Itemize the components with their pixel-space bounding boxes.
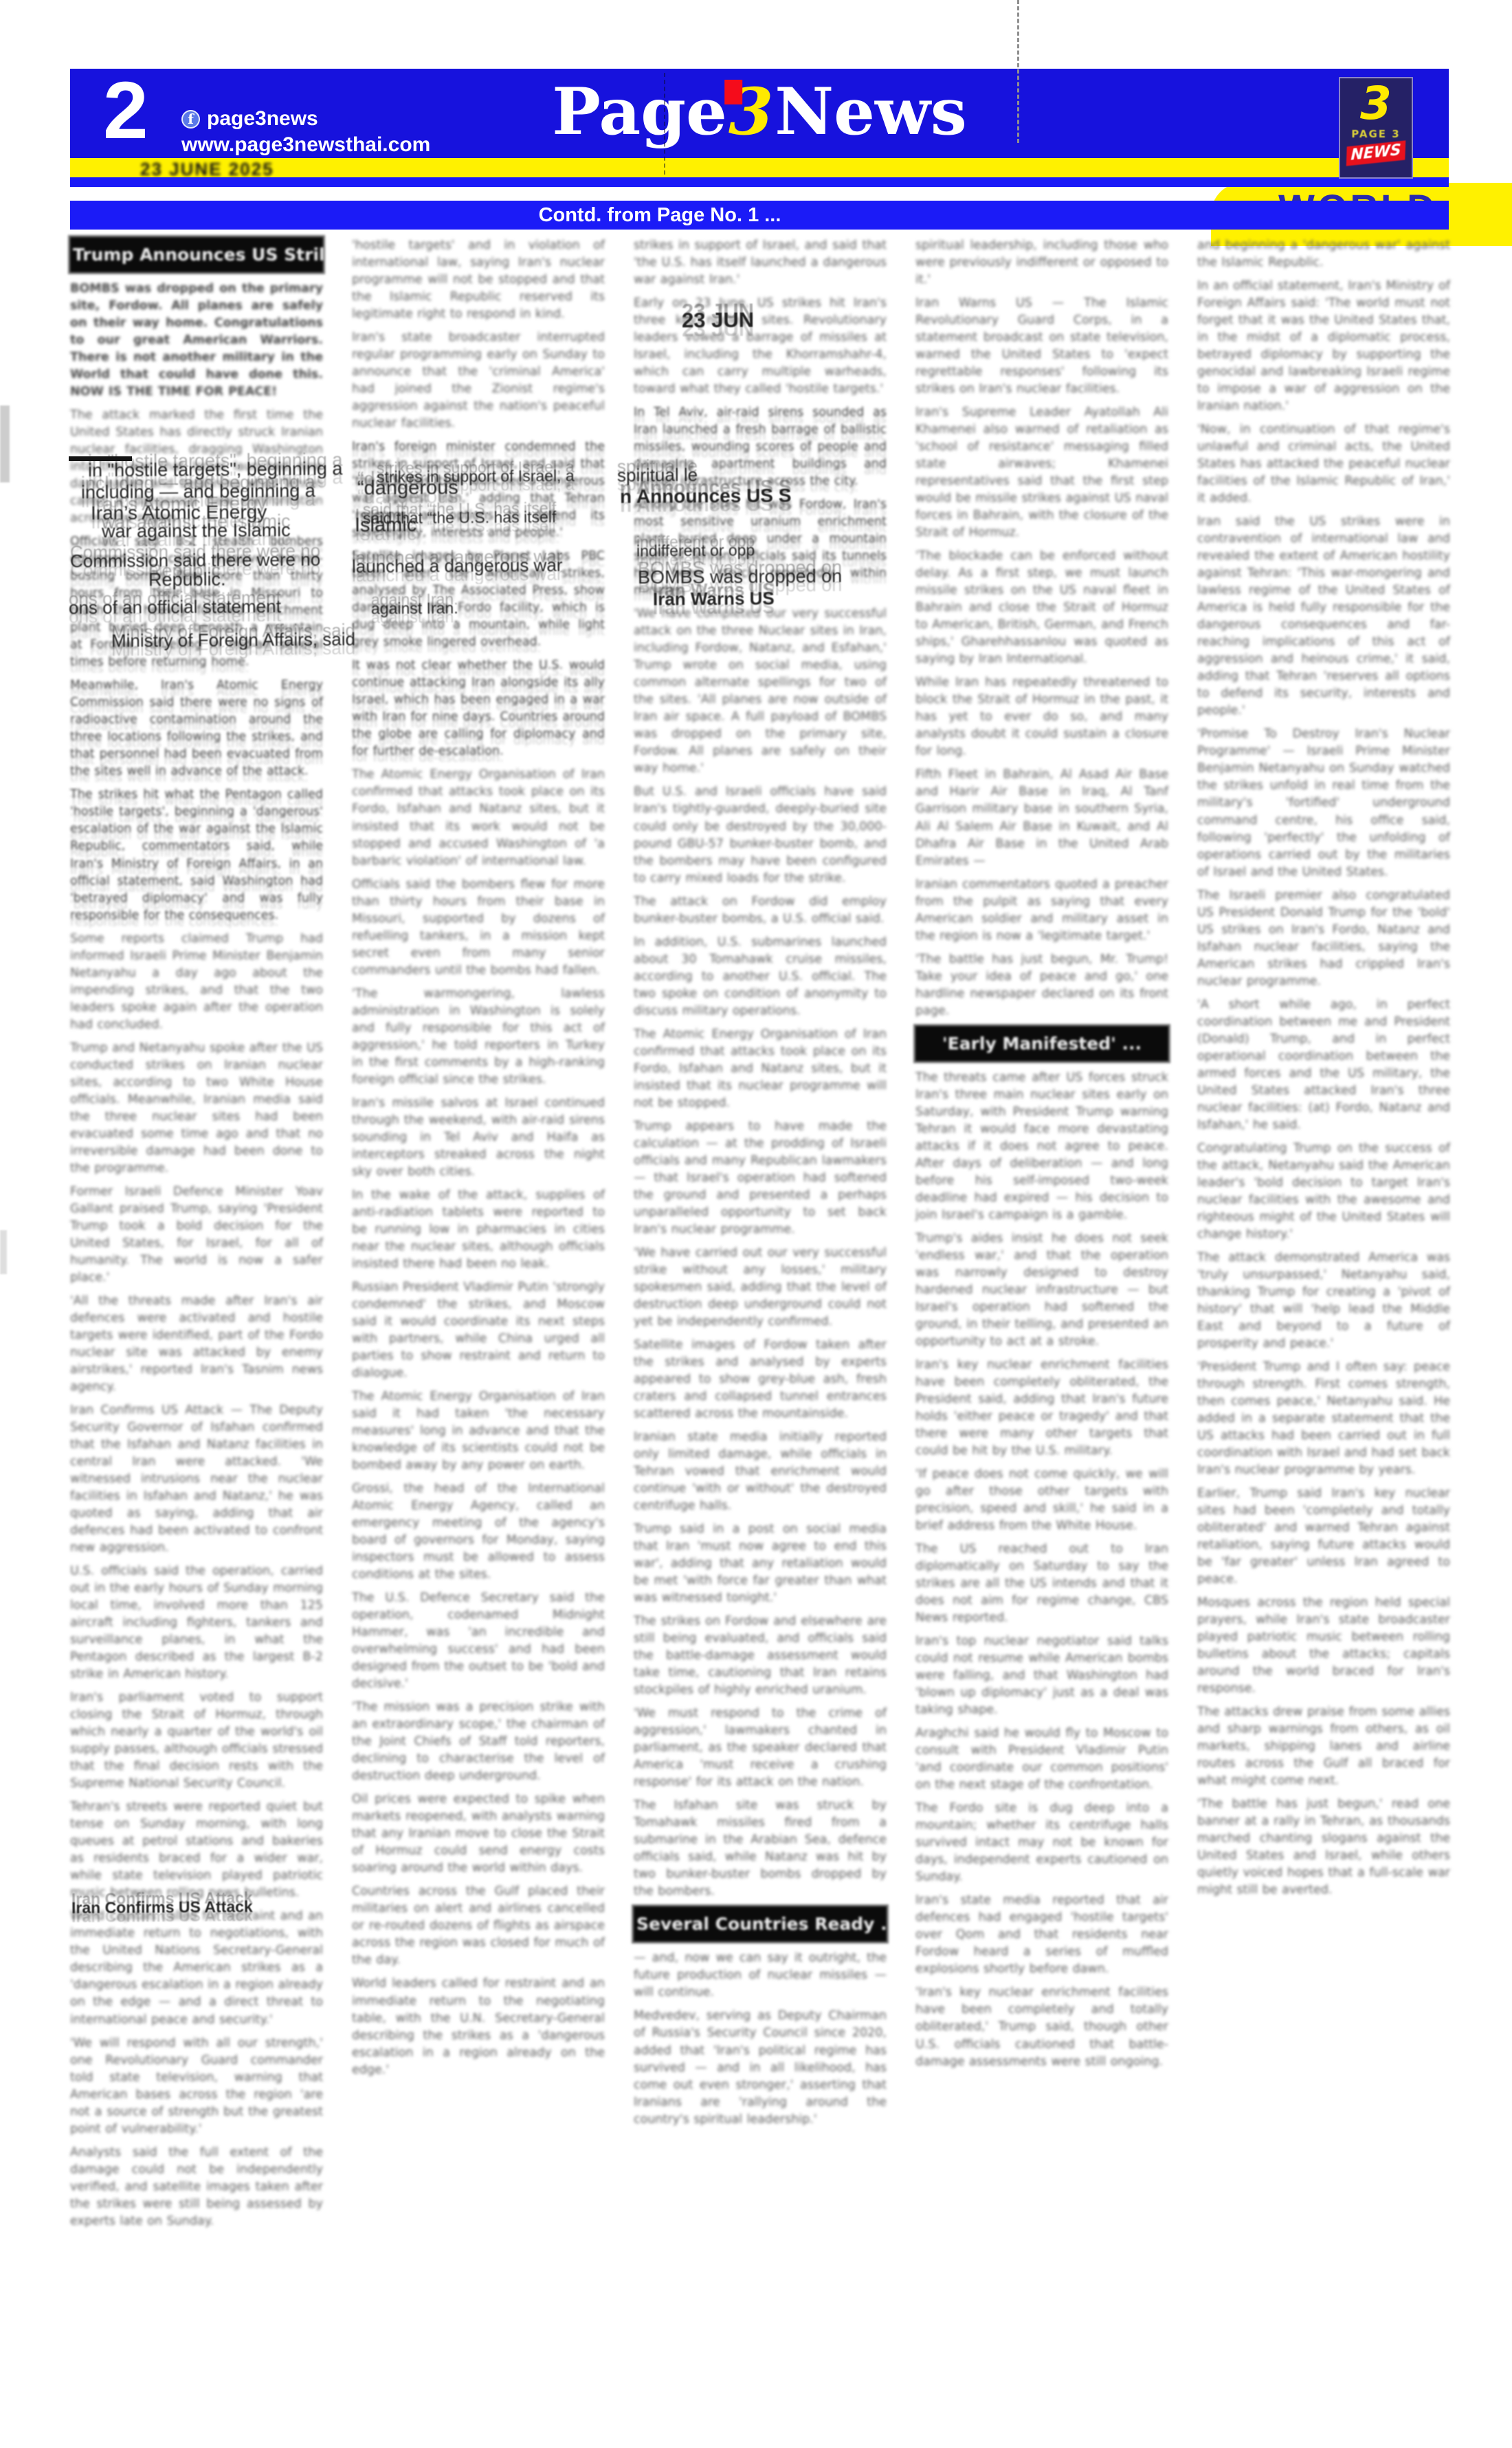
blurred-body-paragraph: The threats came after US forces struck … [915,1069,1168,1224]
blurred-body-paragraph: Trump's aides insist he does not seek 'e… [915,1230,1168,1350]
date-strip: 23 JUNE 2025 [70,158,1449,177]
blurred-body-paragraph: — and, now we can say it outright, the f… [634,1950,887,2001]
blurred-body-paragraph: The strikes hit what the Pentagon called… [70,786,323,924]
blurred-body-paragraph: Trump appears to have made the calculati… [634,1118,887,1238]
blurred-body-paragraph: 'Iran's key nuclear enrichment facilitie… [915,1984,1168,2070]
ghost-text-fragment: Ministry of Foreign Affairs, said [111,629,355,652]
website-url: www.page3newsthai.com [181,133,430,156]
blurred-body-paragraph: In addition, U.S. submarines launched ab… [634,934,887,1020]
blurred-body-paragraph: The Atomic Energy Organisation of Iran s… [352,1388,605,1474]
blurred-body-paragraph: Araghchi said he would fly to Moscow to … [915,1725,1168,1794]
blurred-body-paragraph: Countries across the Gulf placed their m… [352,1883,605,1969]
header-band: 2 f page3news www.page3newsthai.com Page… [70,69,1449,158]
body-column-4: spiritual leadership, including those wh… [915,237,1168,2077]
blurred-body-paragraph: 'The battle has just begun, Mr. Trump! T… [915,951,1168,1020]
ghost-text-fragment: launched a dangerous war [352,555,563,577]
masthead-part3: News [775,74,967,150]
blurred-body-paragraph: The Israeli premier also congratulated U… [1197,887,1450,990]
blurred-body-paragraph: Iran's state broadcaster interrupted reg… [352,329,605,432]
ghost-text-fragment: war against the Islamic [102,520,291,542]
blurred-body-paragraph: Iran said the US strikes were in contrav… [1197,513,1450,720]
blurred-body-paragraph: Oil prices were expected to spike when m… [352,1791,605,1877]
blurred-body-paragraph: 'If peace does not come quickly, we will… [915,1466,1168,1535]
column-headline-bar: Trump Announces US Strikes ... [70,237,323,272]
facebook-icon: f [181,110,200,129]
blurred-body-paragraph: Early on 23 June, US strikes hit Iran's … [634,295,887,398]
column-headline-bar: Several Countries Ready ... [634,1906,887,1941]
blurred-body-paragraph: Officials said the bombers flew for more… [352,876,605,979]
blurred-body-paragraph: 'The warmongering, lawless administratio… [352,986,605,1089]
blurred-body-paragraph: 'We will respond with all our strength,'… [70,2035,323,2138]
blurred-body-paragraph: Iranian commentators quoted a preacher f… [915,876,1168,945]
blurred-body-paragraph: Some reports claimed Trump had informed … [70,931,323,1034]
blurred-body-paragraph: Trump and Netanyahu spoke after the US c… [70,1040,323,1177]
blurred-body-paragraph: Meanwhile, Iran's Atomic Energy Commissi… [70,677,323,780]
ghost-text-fragment: Iran Confirms US Attack [71,1898,253,1917]
edge-smudge [0,1230,7,1274]
body-column-5: and beginning a 'dangerous war' against … [1197,237,1450,1905]
blurred-body-paragraph: 'We have carried out our very successful… [634,1245,887,1331]
blurred-body-paragraph: spiritual leadership, including those wh… [915,237,1168,289]
blurred-body-paragraph: 'We must respond to the crime of aggress… [634,1705,887,1791]
blurred-body-paragraph: Mosques across the region held special p… [1197,1594,1450,1698]
blurred-body-paragraph: The attack on Fordow did employ bunker-b… [634,893,887,928]
blurred-body-paragraph: World leaders called for restraint and a… [352,1975,605,2078]
blurred-body-paragraph: Iran Confirms US Attack — The Deputy Sec… [70,1402,323,1557]
blurred-body-paragraph: Grossi, the head of the International At… [352,1480,605,1583]
blurred-body-paragraph: Iran's top nuclear negotiator said talks… [915,1633,1168,1719]
blurred-body-paragraph: World capitals called for restraint and … [70,1908,323,2028]
blurred-body-paragraph: The Atomic Energy Organisation of Iran c… [634,1026,887,1112]
blurred-body-paragraph: Earlier, Trump said Iran's key nuclear s… [1197,1485,1450,1588]
divider-strip [70,177,1449,187]
blurred-body-paragraph: Iran's state media reported that air def… [915,1892,1168,1978]
masthead-red-square [724,80,742,104]
ink-dash-artifact [69,456,132,461]
facebook-handle: page3news [207,107,318,131]
edge-smudge [0,405,10,482]
ghost-text-fragment: indifferent or opp [636,541,755,560]
blurred-body-paragraph: The strikes on Fordow and elsewhere are … [634,1613,887,1699]
ghost-text-fragment: in "hostile targets", beginning a [88,458,343,482]
page-number: 2 [103,70,148,151]
masthead-part1: Page [552,74,727,150]
ghost-text-fragment: said that “the U.S. has itself [363,508,556,528]
ghost-text-fragment: including — and beginning a [81,480,315,503]
blurred-body-paragraph: Iran's Supreme Leader Ayatollah Ali Kham… [915,404,1168,542]
blurred-body-paragraph: Former Israeli Defence Minister Yoav Gal… [70,1183,323,1287]
blurred-body-paragraph: Medvedev, serving as Deputy Chairman of … [634,2007,887,2128]
masthead-number: 3 [727,74,775,150]
ghost-text-fragment: strikes in support of Israel, a [377,467,575,487]
blurred-body-paragraph: Tehran's streets were reported quiet but… [70,1799,323,1902]
blurred-body-paragraph: The Isfahan site was struck by Tomahawk … [634,1797,887,1900]
blurred-body-paragraph: 'The mission was a precision strike with… [352,1699,605,1785]
ghost-text-fragment: against Iran. [371,599,458,619]
ghost-text-fragment: Iran Warns US [653,588,775,610]
blurred-body-paragraph: 'Promise To Destroy Iran's Nuclear Progr… [1197,726,1450,880]
channel-logo-page3: PAGE 3 [1340,128,1412,140]
ghost-text-fragment: n Announces US S [620,485,792,508]
blurred-body-paragraph: 'President Trump and I often say: peace … [1197,1359,1450,1479]
blurred-body-paragraph: Iran's missile salvos at Israel continue… [352,1095,605,1181]
ghost-text-fragment: spiritual le [617,465,698,487]
blurred-body-paragraph: 'The blockade can be enforced without de… [915,548,1168,668]
blurred-body-paragraph: Satellite images of Fordow taken after t… [634,1337,887,1423]
blurred-body-paragraph: In an official statement, Iran's Ministr… [1197,278,1450,415]
fold-dash-line [1017,0,1019,143]
masthead-dash-line [664,73,665,175]
blurred-body-paragraph: 'The battle has just begun,' read one ba… [1197,1796,1450,1899]
blurred-body-paragraph: Trump said in a post on social media tha… [634,1521,887,1607]
blurred-body-paragraph: Congratulating Trump on the success of t… [1197,1140,1450,1243]
blurred-body-paragraph: Analysts said the full extent of the dam… [70,2144,323,2230]
blurred-body-paragraph: The Atomic Energy Organisation of Iran c… [352,766,605,869]
blurred-body-paragraph: Iranian state media initially reported o… [634,1429,887,1515]
continued-banner-text: Contd. from Page No. 1 ... [0,201,1349,230]
blurred-body-paragraph: The US reached out to Iran diplomaticall… [915,1541,1168,1627]
blurred-body-paragraph: The U.S. Defence Secretary said the oper… [352,1590,605,1693]
blurred-body-paragraph: Iran's parliament voted to support closi… [70,1689,323,1792]
channel-logo-number: 3 [1340,81,1412,126]
blurred-body-paragraph: The attack demonstrated America was 'tru… [1197,1249,1450,1353]
blurred-body-paragraph: 'Now, in continuation of that regime's u… [1197,421,1450,507]
blurred-body-paragraph: The attacks drew praise from some allies… [1197,1704,1450,1790]
blurred-body-paragraph: and beginning a 'dangerous war' against … [1197,237,1450,271]
blurred-body-paragraph: U.S. officials said the operation, carri… [70,1563,323,1683]
blurred-body-paragraph: Iran Warns US — The Islamic Revolutionar… [915,295,1168,398]
website-row: www.page3newsthai.com [181,133,430,157]
blurred-body-paragraph: The Fordo site is dug deep into a mounta… [915,1800,1168,1886]
blurred-body-paragraph: But U.S. and Israeli officials have said… [634,783,887,887]
masthead: Page3News [552,74,967,150]
newspaper-page: 2 f page3news www.page3newsthai.com Page… [0,0,1512,2448]
ghost-text-fragment: ons of an official statement [69,596,281,619]
blurred-body-paragraph: 'hostile targets' and in violation of in… [352,237,605,323]
channel-logo-news: NEWS [1346,140,1406,166]
blurred-body-paragraph: It was not clear whether the U.S. would … [352,657,605,760]
channel-logo: 3 PAGE 3 NEWS [1339,77,1413,179]
blurred-body-paragraph: BOMBS was dropped on the primary site, F… [70,280,323,401]
continued-banner: Contd. from Page No. 1 ... [70,201,1449,230]
blurred-body-paragraph: Russian President Vladimir Putin 'strong… [352,1279,605,1382]
body-column-3: strikes in support of Israel, and said t… [634,237,887,2135]
blurred-body-paragraph: Iran's key nuclear enrichment facilities… [915,1357,1168,1460]
blurred-body-paragraph: While Iran has repeatedly threatened to … [915,674,1168,760]
blurred-body-paragraph: strikes in support of Israel, and said t… [634,237,887,289]
ghost-text-fragment: BOMBS was dropped on [638,566,842,588]
blurred-body-paragraph: Fifth Fleet in Bahrain, Al Asad Air Base… [915,766,1168,869]
ghost-text-fragment: 23 JUN [682,308,754,333]
facebook-row: f page3news [181,107,318,131]
column-headline-bar: 'Early Manifested' ... [915,1026,1168,1061]
ghost-text-fragment: Republic. [148,569,226,591]
blurred-body-paragraph: 'A short while ago, in perfect coordinat… [1197,997,1450,1134]
blurred-body-paragraph: 'All the threats made after Iran's air d… [70,1293,323,1396]
blurred-body-paragraph: In the wake of the attack, supplies of a… [352,1187,605,1273]
blurred-body-paragraph: 'We have completed our very successful a… [634,605,887,777]
